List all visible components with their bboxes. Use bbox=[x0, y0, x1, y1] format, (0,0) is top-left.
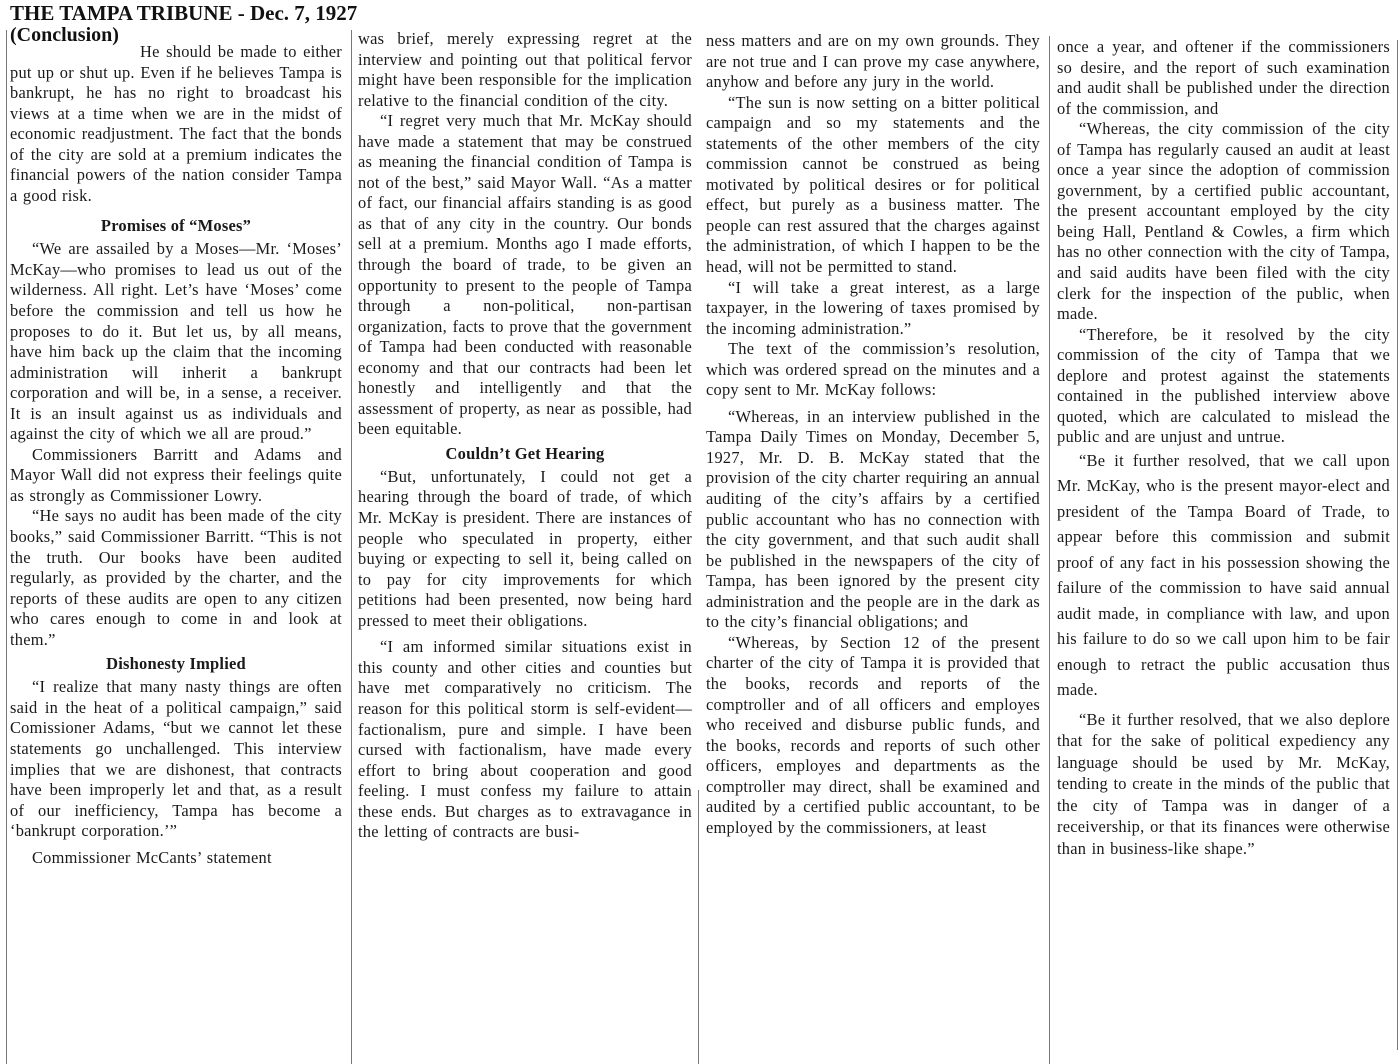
column-rule bbox=[351, 30, 352, 1064]
article-column-3: ness matters and are on my own grounds. … bbox=[706, 0, 1040, 1064]
paragraph: “But, unfortunately, I could not get a h… bbox=[358, 467, 692, 631]
column-rule bbox=[698, 790, 699, 1064]
paragraph: “He says no audit has been made of the c… bbox=[10, 506, 342, 650]
paragraph: “Therefore, be it resolved by the city c… bbox=[1057, 325, 1390, 448]
column-rule bbox=[1049, 36, 1050, 1064]
paragraph: The text of the commission’s resolution,… bbox=[706, 339, 1040, 401]
paragraph: “I realize that many nasty things are of… bbox=[10, 677, 342, 841]
paragraph: “Be it further resolved, that we call up… bbox=[1057, 448, 1390, 703]
paragraph: Commissioner McCants’ statement bbox=[10, 848, 342, 869]
article-column-4: once a year, and oftener if the commissi… bbox=[1057, 0, 1390, 1064]
column-rule bbox=[6, 30, 7, 1064]
paragraph: “Be it further resolved, that we also de… bbox=[1057, 709, 1390, 860]
paragraph: was brief, merely expressing regret at t… bbox=[358, 29, 692, 111]
paragraph: “I regret very much that Mr. McKay shoul… bbox=[358, 111, 692, 440]
paragraph: “I will take a great interest, as a larg… bbox=[706, 278, 1040, 340]
paragraph: “I am informed similar situations exist … bbox=[358, 637, 692, 842]
subheading: Couldn’t Get Hearing bbox=[358, 444, 692, 464]
paragraph: “We are assailed by a Moses—Mr. ‘Moses’ … bbox=[10, 239, 342, 444]
paragraph: He should be made to either put up or sh… bbox=[10, 42, 342, 206]
paragraph: “The sun is now setting on a bitter poli… bbox=[706, 93, 1040, 278]
paragraph: ness matters and are on my own grounds. … bbox=[706, 31, 1040, 93]
paragraph: Commissioners Barritt and Adams and Mayo… bbox=[10, 445, 342, 507]
column-rule bbox=[1397, 40, 1398, 1050]
subheading: Promises of “Moses” bbox=[10, 216, 342, 236]
article-column-2: was brief, merely expressing regret at t… bbox=[358, 0, 692, 1064]
paragraph: once a year, and oftener if the commissi… bbox=[1057, 37, 1390, 119]
subheading: Dishonesty Implied bbox=[10, 654, 342, 674]
paragraph: “Whereas, by Section 12 of the present c… bbox=[706, 633, 1040, 838]
article-column-1: He should be made to either put up or sh… bbox=[10, 0, 342, 1064]
paragraph: “Whereas, in an interview published in t… bbox=[706, 407, 1040, 633]
paragraph: “Whereas, the city commission of the cit… bbox=[1057, 119, 1390, 324]
